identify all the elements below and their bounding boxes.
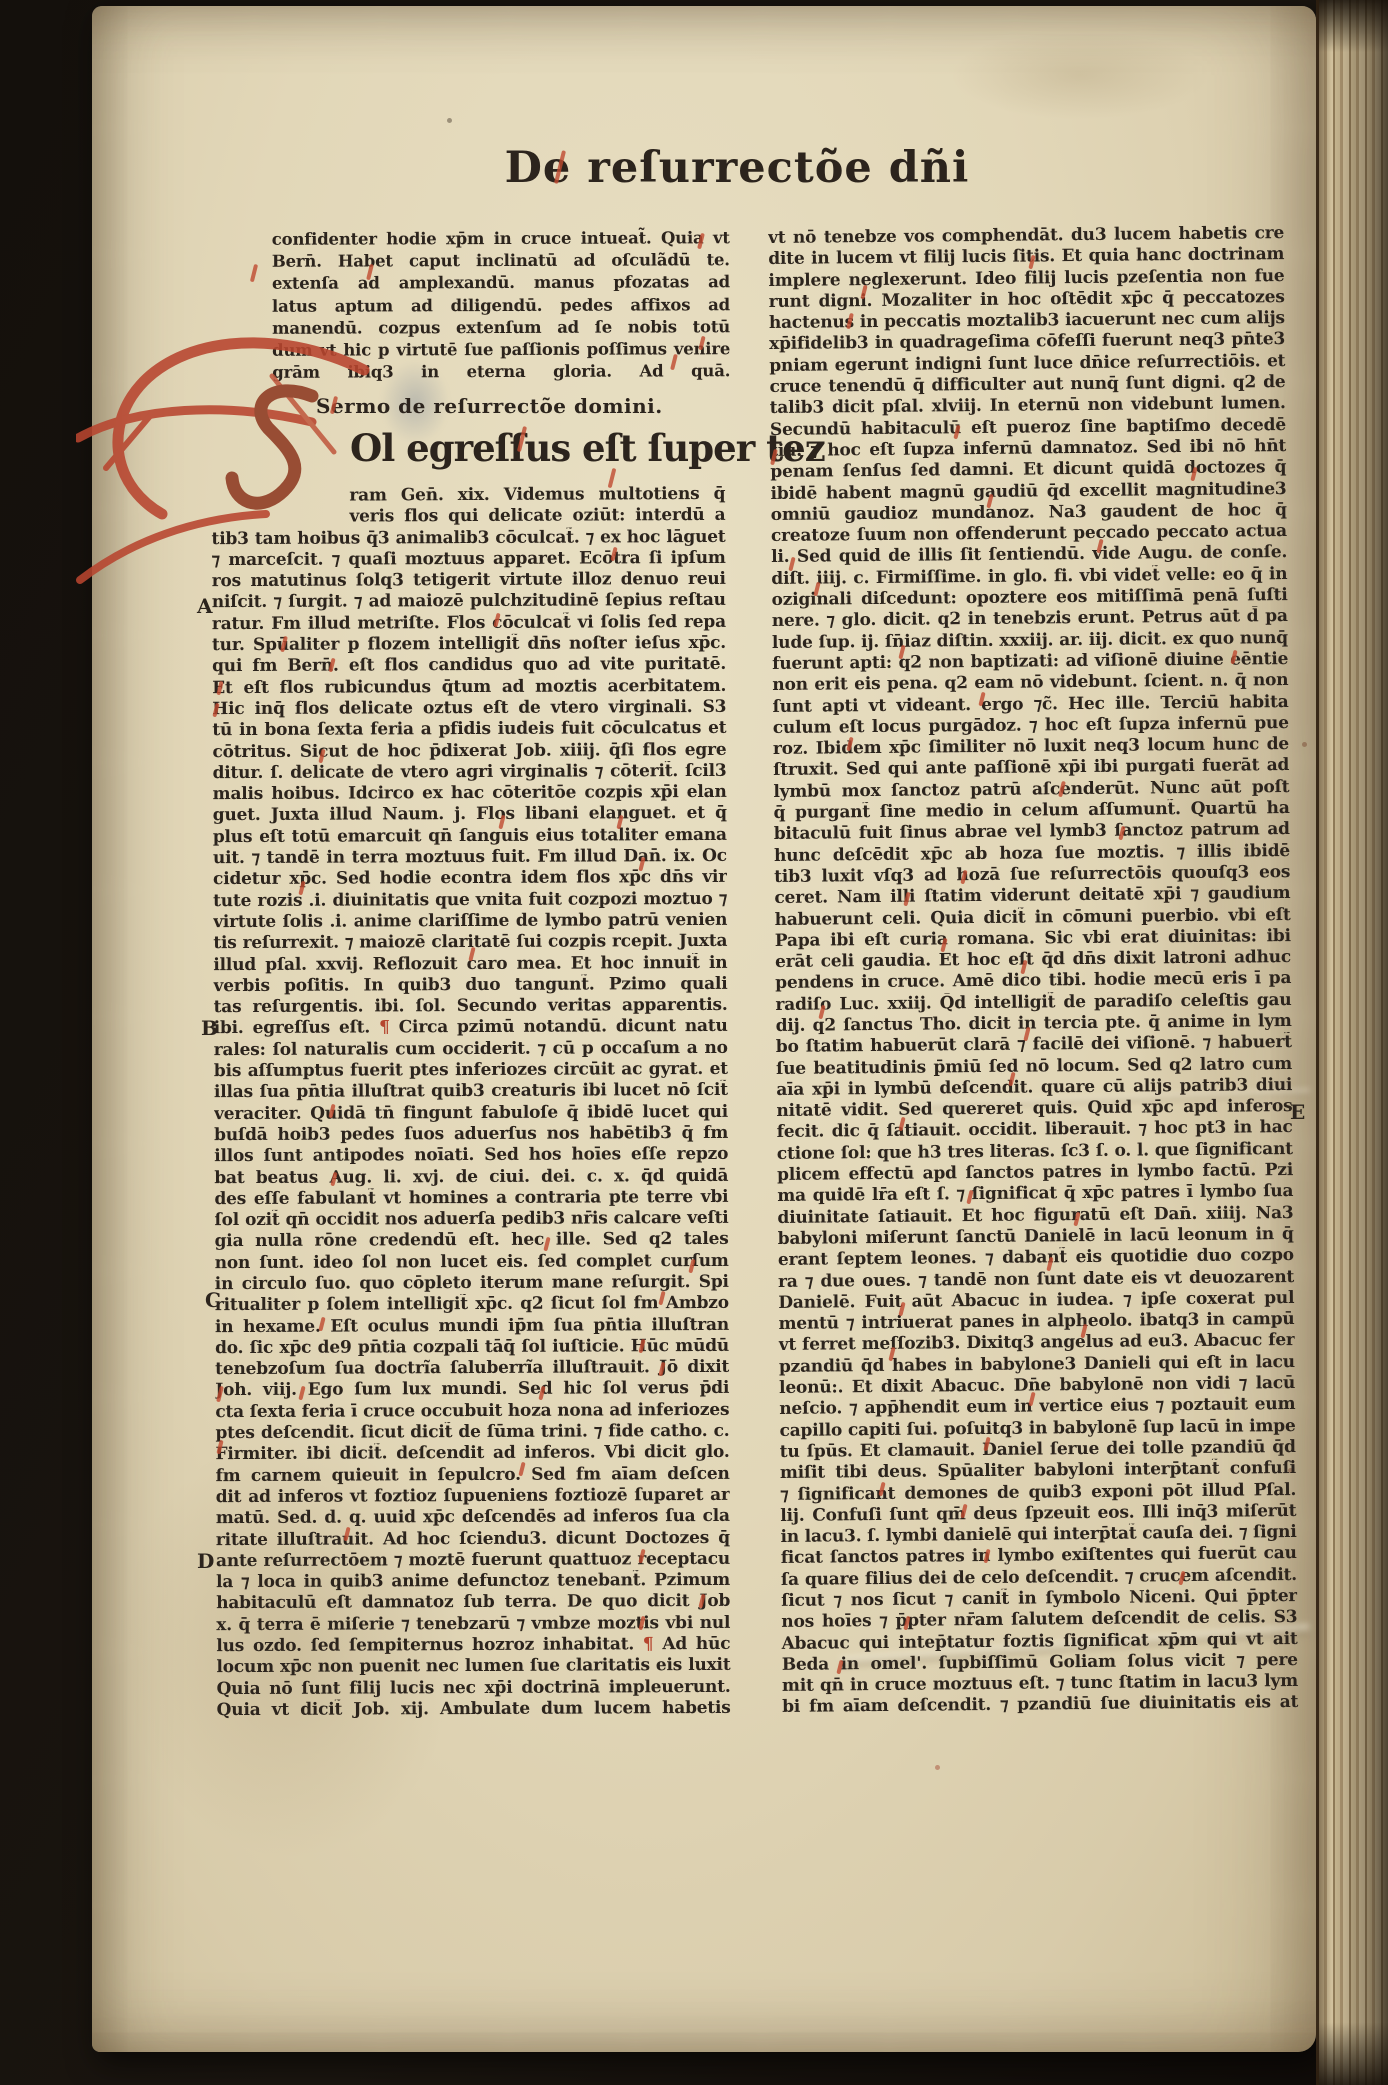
running-title: De reſurrectõe dñi bbox=[505, 143, 970, 193]
text-line: do. ſic xp̄c de9 pn̄tia cozpali tāq̄ ſol… bbox=[215, 1336, 729, 1360]
text-line: ros matutinus ſolq3 tetigerit virtute il… bbox=[212, 569, 726, 593]
text-line: tib3 tam hoibus q̄3 animalib3 cōculcat̃.… bbox=[211, 526, 725, 550]
text-line: ſol ozit̃ qn̄ occidit nos aduerſa pedib3… bbox=[214, 1208, 728, 1232]
sermon-opening-line: Ol egreſſus eſt ſuper tez bbox=[350, 426, 825, 470]
text-line: malis hoibus. Idcirco ex hac cōteritōe c… bbox=[213, 782, 727, 806]
text-line: guet. Juxta illud Naum. j. Flos libani e… bbox=[213, 803, 727, 827]
text-line: tenebzoſum ſua doctrĩa ſaluberrĩa illuſt… bbox=[215, 1357, 729, 1381]
text-line: verbis poſitis. In quib3 duo tangunt̃. P… bbox=[213, 974, 727, 998]
text-line: ante reſurrectōem ⁊ moztē fuerunt quattu… bbox=[216, 1549, 730, 1573]
text-line: des eſſe fabulant̃ vt homines a contrari… bbox=[214, 1187, 728, 1211]
text-line: qui fm Bern̄. eſt flos candidus quo ad v… bbox=[212, 654, 726, 678]
right-text-column: vt nō tenebze vos comphendāt. du3 lucem … bbox=[768, 223, 1298, 1719]
text-line: ⁊ marceſcit. ⁊ quaſi moztuus apparet. Ec… bbox=[212, 548, 726, 572]
text-line: tute rozis .i. diuinitatis que vnita fui… bbox=[213, 889, 727, 913]
text-line: niſcit. ⁊ ſurgit. ⁊ ad maiozē pulchzitud… bbox=[212, 590, 726, 614]
text-line: Et eſt flos rubicundus q̄tum ad moztis a… bbox=[212, 676, 726, 700]
text-line: cta ſexta feria ī cruce occubuit hoza no… bbox=[215, 1400, 729, 1424]
text-line: tū in bona ſexta feria a pfidis iudeis f… bbox=[212, 718, 726, 742]
text-line: fm carnem quieuit in ſepulcro. Sed fm aī… bbox=[216, 1464, 730, 1488]
paper-speck bbox=[447, 118, 452, 123]
text-line: ditur. ſ. delicate de vtero agri virgina… bbox=[213, 761, 727, 785]
text-line: cidetur xp̄c. Sed hodie econtra idem flo… bbox=[213, 867, 727, 891]
paper-speck bbox=[935, 1765, 940, 1770]
text-line: Hic inq̄ flos delicate oztus eſt de vter… bbox=[212, 697, 726, 721]
book-scan: { "page": { "running_title": "De reſurre… bbox=[0, 0, 1388, 2085]
text-line: Quia vt dicit̃ Job. xij. Ambulate dum lu… bbox=[217, 1698, 731, 1722]
margin-guide-letter: B bbox=[201, 1016, 218, 1040]
text-line: cōtritus. Sicut de hoc p̄dixerat Job. xi… bbox=[212, 739, 726, 763]
text-line: ratur. Fm illud metriſte. Flos cōculcat̃… bbox=[212, 612, 726, 636]
text-line: habitaculū eſt damnatoz ſub terra. De qu… bbox=[216, 1591, 730, 1615]
text-line: Joh. viij. Ego ſum lux mundi. Sed hic ſo… bbox=[215, 1378, 729, 1402]
margin-guide-letter: D bbox=[197, 1549, 214, 1573]
text-line: rales: ſol naturalis cum occiderit. ⁊ cū… bbox=[214, 1038, 728, 1062]
text-line: buſdā hoib3 pedes ſuos aduerſus nos habē… bbox=[214, 1123, 728, 1147]
text-line: ibi. egreſſus eſt. ¶ Circa pzimū notandū… bbox=[214, 1016, 728, 1040]
text-line: ritate illuſtrauit. Ad hoc ſciendu3. dic… bbox=[216, 1527, 730, 1551]
text-line: ptes deſcendit. ſicut dicit̃ de ſūma tri… bbox=[215, 1421, 729, 1445]
text-line: Firmiter. ibi dicit̃. deſcendit ad infer… bbox=[215, 1442, 729, 1466]
text-line: ram Gen̄. xix. Videmus multotiens q̄ tēp… bbox=[211, 484, 725, 508]
text-line: plus eſt totū emarcuit qn̄ ſanguis eius … bbox=[213, 825, 727, 849]
text-line: x. q̄ terra ē miſerie ⁊ tenebzarū ⁊ vmbz… bbox=[216, 1613, 730, 1637]
text-line: Quia nō ſunt filij lucis nec xp̄i doctri… bbox=[217, 1676, 731, 1700]
book-fore-edge bbox=[1316, 0, 1388, 2085]
text-line: latus aptum ad diligendū. pedes affixos … bbox=[272, 294, 730, 318]
text-line: virtute ſolis .i. anime clariſſime de ly… bbox=[213, 910, 727, 934]
left-text-column: ram Gen̄. xix. Videmus multotiens q̄ tēp… bbox=[211, 484, 730, 1721]
text-line: tas reſurgentis. ibi. ſol. Secundo verit… bbox=[214, 995, 728, 1019]
text-line: lus ozdo. ſed ſempiternus hozroz inhabit… bbox=[216, 1634, 730, 1658]
text-line: bat beatus Aug. li. xvj. de ciui. dei. c… bbox=[214, 1165, 728, 1189]
text-line: illos ſunt antipodes noīati. Sed hos hoī… bbox=[214, 1144, 728, 1168]
margin-guide-letter: A bbox=[197, 594, 213, 618]
text-line: locum xp̄c non puenit nec lumen ſue clar… bbox=[216, 1655, 730, 1679]
text-line: dit ad inferos vt foztioz ſupueniens foz… bbox=[216, 1485, 730, 1509]
text-line: non ſunt. ideo ſol non lucet eis. ſed co… bbox=[215, 1251, 729, 1275]
margin-guide-letter: C bbox=[205, 1288, 221, 1312]
margin-guide-letter: E bbox=[1290, 1100, 1305, 1124]
text-line: in circulo ſuo. quo cōpleto iterum mane … bbox=[215, 1272, 729, 1296]
text-line: in hexame. Eſt oculus mundi ip̄m ſua pn̄… bbox=[215, 1314, 729, 1338]
text-line: extenſa ad amplexandū. manus pfozatas ad… bbox=[272, 272, 730, 296]
text-line: ritualiter p ſolem intelligit̃ xp̄c. q2 … bbox=[215, 1293, 729, 1317]
text-line: veris flos qui delicate oziūt: interdū a… bbox=[211, 505, 725, 529]
text-line: la ⁊ loca in quib3 anime defunctoz teneb… bbox=[216, 1570, 730, 1594]
text-line: matū. Sed. d. q. uuid xp̄c deſcendēs ad … bbox=[216, 1506, 730, 1530]
text-line: uit. ⁊ tandē in terra moztuus fuit. Fm i… bbox=[213, 846, 727, 870]
text-line: tur. Spūaliter p flozem intelligit̃ dn̄s… bbox=[212, 633, 726, 657]
text-line: bis aſſumptus fuerit ptes inferiozes cir… bbox=[214, 1059, 728, 1083]
text-line: Bern̄. Habet caput inclinatū ad oſculãdū… bbox=[272, 249, 730, 273]
text-line: illas ſua pn̄tia illuſtrat quib3 creatur… bbox=[214, 1080, 728, 1104]
text-line: confidenter hodie xp̄m in cruce intueat̃… bbox=[272, 227, 730, 251]
text-line: veraciter. Quidā tn̄ fingunt fabuloſe q̄… bbox=[214, 1101, 728, 1125]
paper-speck bbox=[1302, 742, 1307, 747]
text-line: gia nulla rōne credendū eſt. hec ille. S… bbox=[215, 1229, 729, 1253]
